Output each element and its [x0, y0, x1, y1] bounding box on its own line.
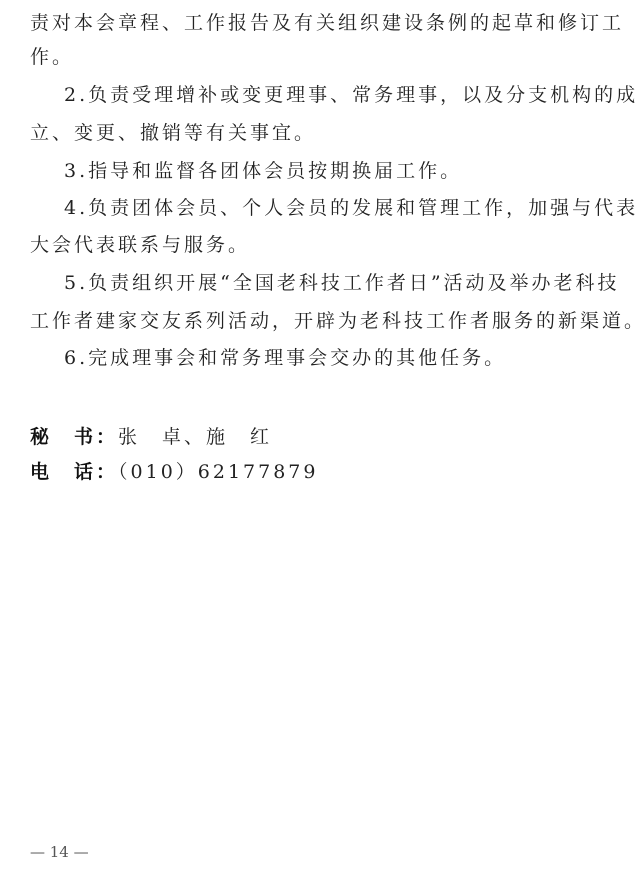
- paragraph-4-line-2: 大会代表联系与服务。: [30, 230, 250, 257]
- paragraph-5-line-1: 5.负责组织开展“全国老科技工作者日”活动及举办老科技: [64, 268, 620, 295]
- paragraph-6-line-1: 6.完成理事会和常务理事会交办的其他任务。: [64, 343, 506, 370]
- paragraph-5-line-2: 工作者建家交友系列活动，开辟为老科技工作者服务的新渠道。: [30, 306, 640, 333]
- secretary-value: 张 卓、施 红: [118, 426, 272, 448]
- phone-row: 电 话：（010）62177879: [30, 457, 319, 484]
- paragraph-4-line-1: 4.负责团体会员、个人会员的发展和管理工作，加强与代表: [64, 193, 638, 220]
- secretary-row: 秘 书：张 卓、施 红: [30, 422, 272, 449]
- phone-label: 电 话：: [30, 461, 118, 483]
- paragraph-1-line-1: 责对本会章程、工作报告及有关组织建设条例的起草和修订工: [30, 8, 624, 35]
- phone-value: （010）62177879: [118, 461, 318, 483]
- paragraph-2-line-1: 2.负责受理增补或变更理事、常务理事，以及分支机构的成: [64, 80, 638, 107]
- page-number: — 14 —: [30, 843, 89, 861]
- secretary-label: 秘 书：: [30, 426, 118, 448]
- paragraph-2-line-2: 立、变更、撤销等有关事宜。: [30, 118, 316, 145]
- paragraph-1-line-2: 作。: [30, 42, 74, 69]
- paragraph-3-line-1: 3.指导和监督各团体会员按期换届工作。: [64, 156, 462, 183]
